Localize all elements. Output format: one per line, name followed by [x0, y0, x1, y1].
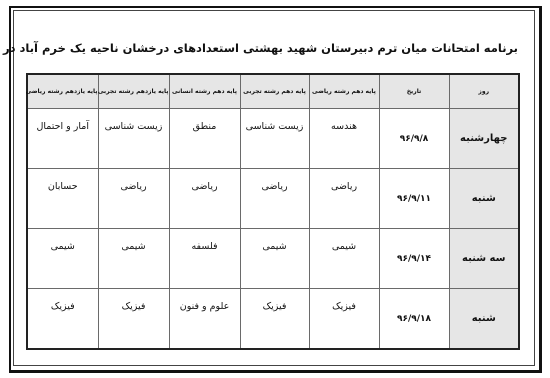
cell-grade10-humanities: منطق	[169, 109, 240, 169]
cell-grade11-experimental: زیست شناسی	[98, 109, 169, 169]
cell-grade10-humanities: فلسفه	[169, 229, 240, 289]
cell-grade10-math: هندسه	[309, 109, 379, 169]
header-day: روز	[449, 74, 519, 109]
cell-grade11-math: حسابان	[27, 169, 98, 229]
cell-grade10-math: فیزیک	[309, 289, 379, 350]
cell-grade10-humanities: علوم و فنون	[169, 289, 240, 350]
cell-grade11-experimental: فیزیک	[98, 289, 169, 350]
cell-day: شنبه	[449, 169, 519, 229]
cell-grade10-math: شیمی	[309, 229, 379, 289]
cell-date: ۹۶/۹/۱۱	[379, 169, 449, 229]
header-grade10-math: پایه دهم رشته ریاضی	[309, 74, 379, 109]
header-grade10-humanities: پایه دهم رشته انسانی	[169, 74, 240, 109]
cell-day: چهارشنبه	[449, 109, 519, 169]
header-grade11-experimental: پایه یازدهم رشته تجربی	[98, 74, 169, 109]
table-row: شنبه ۹۶/۹/۱۱ ریاضی ریاضی ریاضی ریاضی حسا…	[27, 169, 519, 229]
exam-schedule-table: روز تاریخ پایه دهم رشته ریاضی پایه دهم ر…	[26, 73, 520, 350]
table-row: شنبه ۹۶/۹/۱۸ فیزیک فیزیک علوم و فنون فیز…	[27, 289, 519, 350]
cell-grade10-experimental: فیزیک	[240, 289, 309, 350]
cell-grade10-humanities: ریاضی	[169, 169, 240, 229]
page-title: برنامه امتحانات میان ترم دبیرستان شهید ب…	[26, 40, 518, 56]
cell-grade10-experimental: شیمی	[240, 229, 309, 289]
cell-day: سه شنبه	[449, 229, 519, 289]
cell-date: ۹۶/۹/۱۴	[379, 229, 449, 289]
cell-grade10-math: ریاضی	[309, 169, 379, 229]
cell-date: ۹۶/۹/۱۸	[379, 289, 449, 350]
cell-day: شنبه	[449, 289, 519, 350]
cell-grade11-math: فیزیک	[27, 289, 98, 350]
cell-grade11-math: آمار و احتمال	[27, 109, 98, 169]
table-row: سه شنبه ۹۶/۹/۱۴ شیمی شیمی فلسفه شیمی شیم…	[27, 229, 519, 289]
table-row: چهارشنبه ۹۶/۹/۸ هندسه زیست شناسی منطق زی…	[27, 109, 519, 169]
header-grade11-math: پایه یازدهم رشته ریاضی	[27, 74, 98, 109]
cell-grade11-experimental: شیمی	[98, 229, 169, 289]
cell-date: ۹۶/۹/۸	[379, 109, 449, 169]
header-grade10-experimental: پایه دهم رشته تجربی	[240, 74, 309, 109]
cell-grade10-experimental: ریاضی	[240, 169, 309, 229]
cell-grade11-math: شیمی	[27, 229, 98, 289]
cell-grade10-experimental: زیست شناسی	[240, 109, 309, 169]
table-header-row: روز تاریخ پایه دهم رشته ریاضی پایه دهم ر…	[27, 74, 519, 109]
header-date: تاریخ	[379, 74, 449, 109]
cell-grade11-experimental: ریاضی	[98, 169, 169, 229]
